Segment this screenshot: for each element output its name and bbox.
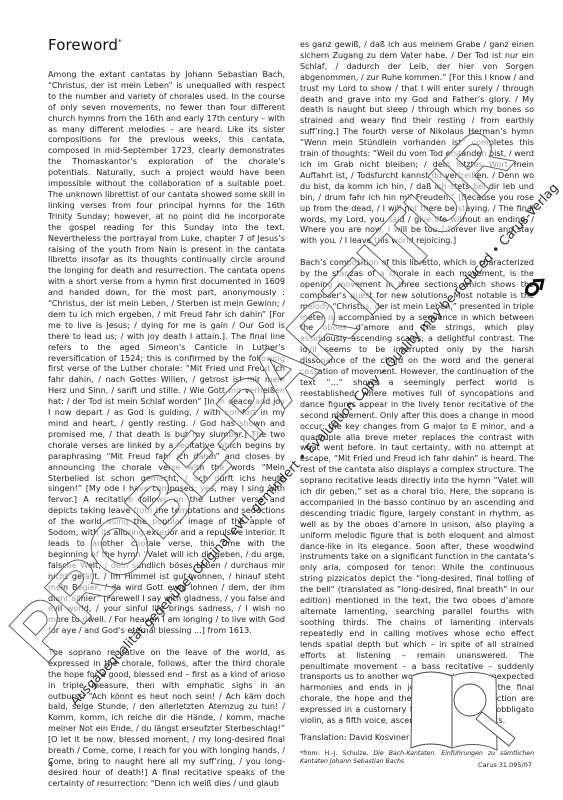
catalog-number: Carus 31.095/07 [478,761,532,769]
paragraph: es ganz gewiß, / daß ich aus meinem Grab… [300,40,534,247]
translation-credit: Translation: David Kosviner [300,733,534,744]
page-title: Foreword* [48,36,122,54]
footnote-prefix: from: H.-J. Schulze, [303,750,373,757]
title-text: Foreword [48,36,118,54]
paragraph: Among the extant cantatas by Johann Seba… [48,70,285,637]
right-column: es ganz gewiß, / daß ich aus meinem Grab… [300,40,534,766]
paragraph: Bach’s composition of this libretto, whi… [300,258,534,727]
document-page: Foreword* Among the extant cantatas by J… [0,0,563,800]
left-column: Among the extant cantatas by Johann Seba… [48,70,285,800]
title-footnote-marker: * [118,38,122,46]
paragraph: The soprano recitative on the leave of t… [48,648,285,790]
page-number: 4 [48,760,53,769]
